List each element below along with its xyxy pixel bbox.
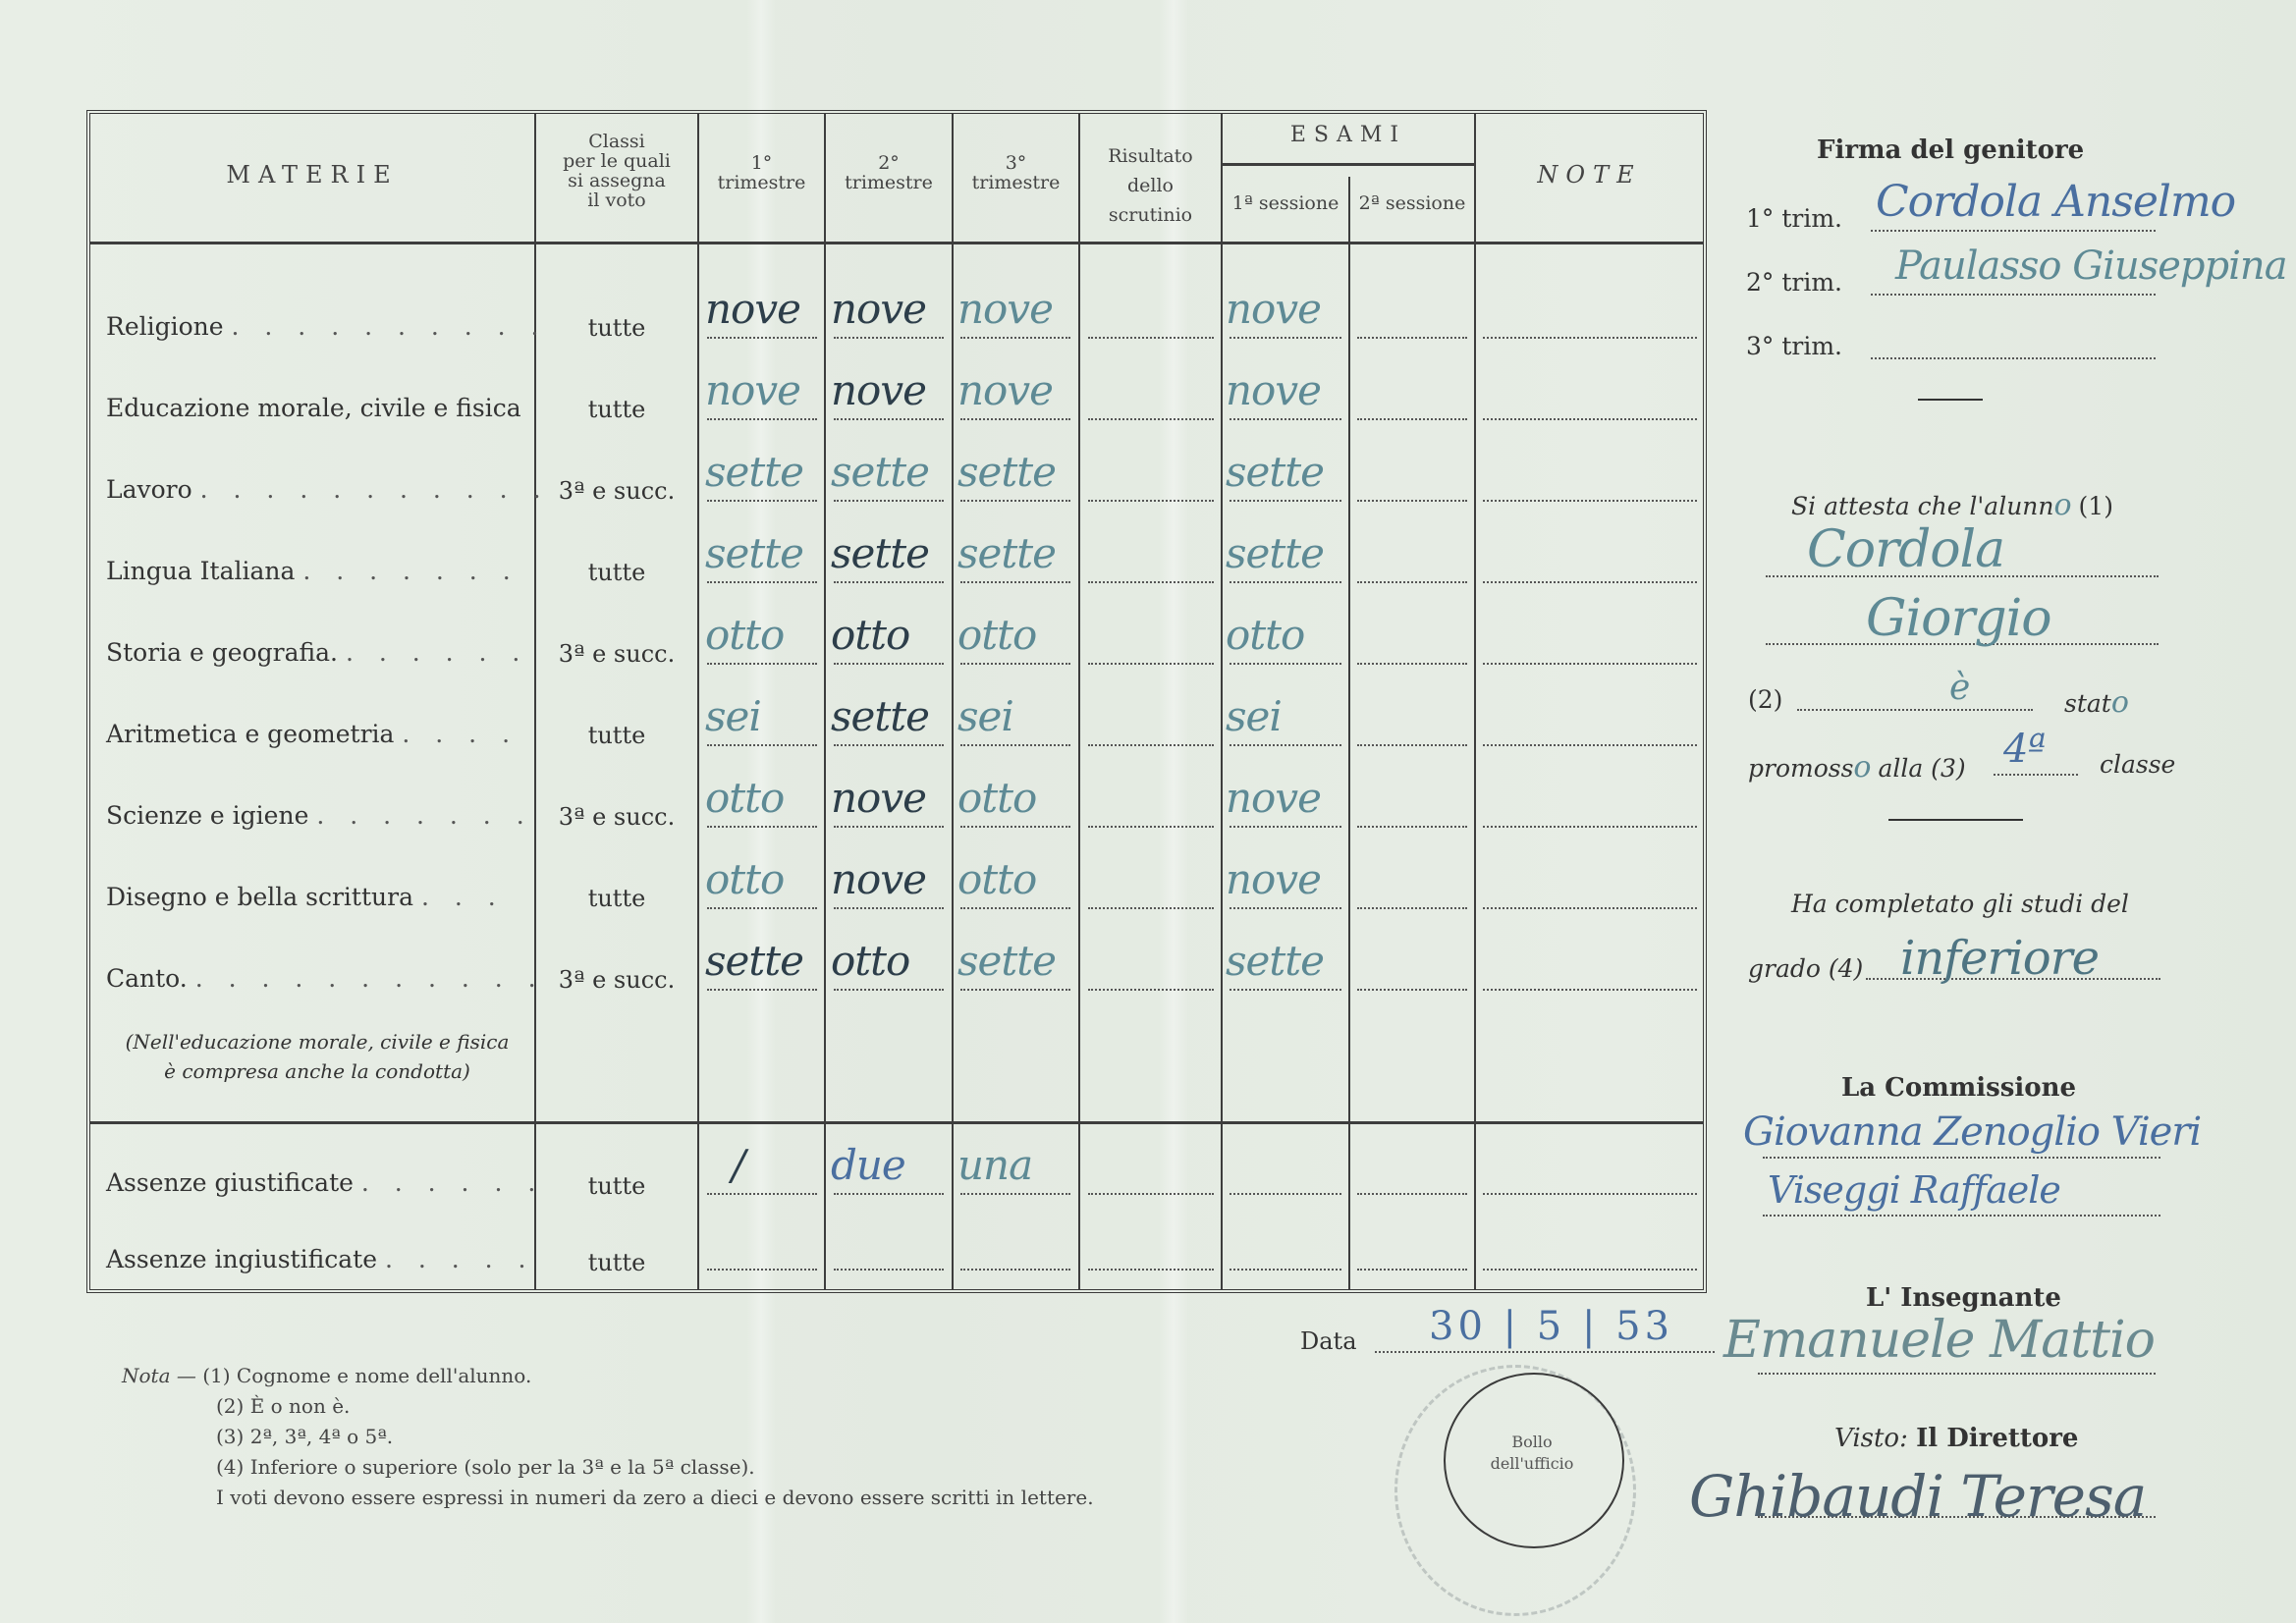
subject-name: Disegno e bella scrittura xyxy=(106,883,413,911)
grade-sessione1: nove xyxy=(1226,366,1321,414)
subject-name: Aritmetica e geometria xyxy=(106,720,394,748)
header-risultato: Risultato dello scrutinio xyxy=(1080,141,1221,230)
grade-trim2: otto xyxy=(831,937,909,985)
condotta-note-line: (Nell'educazione morale, civile e fisica xyxy=(106,1027,528,1056)
visto-text: Visto: xyxy=(1834,1424,1908,1453)
direttore-title: Il Direttore xyxy=(1916,1424,2078,1453)
footnote-item: (4) Inferiore o superiore (solo per la 3… xyxy=(122,1452,1094,1483)
footnote-lead: Nota — xyxy=(122,1364,196,1387)
commissione-signature-2: Viseggi Raffaele xyxy=(1768,1168,2060,1212)
absences-row-label: Assenze ingiustificate . . . . . xyxy=(106,1245,535,1273)
subject-name: Scienze e igiene xyxy=(106,801,308,830)
grade-sessione1: nove xyxy=(1226,285,1321,333)
subject-row-label: Aritmetica e geometria . . . . xyxy=(106,720,519,748)
bollo-label-line: dell'ufficio xyxy=(1444,1453,1620,1475)
classi-value: 3ª e succ. xyxy=(538,640,695,668)
insegnante-signature: Emanuele Mattio xyxy=(1723,1311,2155,1370)
grade-trim3: otto xyxy=(957,855,1036,903)
header-risultato-line: dello xyxy=(1080,171,1221,200)
condotta-note-line: è compresa anche la condotta) xyxy=(106,1056,528,1086)
signature-line xyxy=(1871,230,2156,232)
header-trim2: 2° trimestre xyxy=(826,153,952,192)
grade-trim2: nove xyxy=(831,366,926,414)
stat-text: stat xyxy=(2064,689,2111,718)
header-trim3-num: 3° xyxy=(954,153,1078,173)
student-name: Giorgio xyxy=(1866,589,2051,648)
col-divider xyxy=(952,114,954,1289)
stat-suffix: o xyxy=(2111,685,2128,720)
classi-value: tutte xyxy=(538,885,695,912)
footnote-item: I voti devono essere espressi in numeri … xyxy=(122,1483,1094,1513)
stat-label: stato xyxy=(2064,685,2128,720)
grade-sessione1: sette xyxy=(1226,937,1324,985)
firma-genitore-title: Firma del genitore xyxy=(1817,135,2084,165)
classe-line xyxy=(1994,774,2078,776)
trim1-label: 1° trim. xyxy=(1746,204,1842,233)
header-classi-line: si assegna xyxy=(536,171,697,190)
parent-signature-trim1: Cordola Anselmo xyxy=(1876,177,2235,227)
header-esami: ESAMI xyxy=(1223,126,1474,145)
leader-dots: . . . . . . . xyxy=(316,801,532,830)
header-classi-line: il voto xyxy=(536,190,697,210)
classi-value: 3ª e succ. xyxy=(538,803,695,831)
footnote-item: (1) Cognome e nome dell'alunno. xyxy=(202,1364,531,1387)
insegnante-title: L' Insegnante xyxy=(1866,1283,2061,1313)
bollo-label-line: Bollo xyxy=(1444,1432,1620,1453)
grade-trim3: otto xyxy=(957,774,1036,822)
footnote-item: (3) 2ª, 3ª, 4ª o 5ª. xyxy=(122,1422,1094,1452)
classi-value: tutte xyxy=(538,559,695,586)
subject-row-label: Canto. . . . . . . . . . . . xyxy=(106,964,545,993)
classi-value: tutte xyxy=(538,1249,695,1276)
header-trim2-num: 2° xyxy=(826,153,952,173)
header-materie: MATERIE xyxy=(90,165,534,185)
grade-trim1: otto xyxy=(705,855,784,903)
header-note: NOTE xyxy=(1476,165,1703,185)
subject-name: Educazione morale, civile e fisica xyxy=(106,394,521,422)
leader-dots: . . . . . . . . . . xyxy=(232,312,548,341)
subject-row-label: Scienze e igiene . . . . . . . xyxy=(106,801,533,830)
subject-name: Lavoro xyxy=(106,475,192,504)
subject-row-label: Storia e geografia. . . . . . . xyxy=(106,638,528,667)
bollo-label: Bollo dell'ufficio xyxy=(1444,1432,1620,1475)
completato-label: Ha completato gli studi del xyxy=(1791,890,2129,918)
leader-dots: . . . . . . . . . . . xyxy=(200,475,550,504)
classi-value: tutte xyxy=(538,722,695,749)
esami-divider xyxy=(1221,163,1474,166)
grade-sessione1: nove xyxy=(1226,855,1321,903)
grade-trim2: nove xyxy=(831,855,926,903)
grade-trim2: sette xyxy=(831,692,929,740)
signature-line xyxy=(1871,294,2156,296)
signature-line xyxy=(1763,1215,2160,1217)
direttore-label: Visto: Il Direttore xyxy=(1834,1424,2078,1453)
header-trim2-label: trimestre xyxy=(826,173,952,192)
report-card-page: MATERIE Classi per le quali si assegna i… xyxy=(0,0,2296,1623)
ref2-label: (2) xyxy=(1748,685,1782,714)
parent-signature-trim2: Paulasso Giuseppina xyxy=(1895,243,2287,289)
leader-dots: . . . . . . . xyxy=(302,557,519,585)
absences-trim1: / xyxy=(732,1141,744,1189)
grade-trim2: sette xyxy=(831,529,929,577)
leader-dots: . . . . . . xyxy=(346,638,528,667)
grade-sessione1: sette xyxy=(1226,448,1324,496)
grade-trim3: nove xyxy=(957,366,1053,414)
grade-trim3: sette xyxy=(957,937,1056,985)
grade-trim3: nove xyxy=(957,285,1053,333)
header-trim3: 3° trimestre xyxy=(954,153,1078,192)
grade-trim3: sette xyxy=(957,529,1056,577)
grado-label: grado (4) xyxy=(1748,954,1863,983)
absence-type: Assenze giustificate xyxy=(106,1168,354,1197)
grade-trim1: sette xyxy=(705,937,803,985)
grade-sessione1: sette xyxy=(1226,529,1324,577)
date-label: Data xyxy=(1300,1327,1357,1355)
date-value: 30 | 5 | 53 xyxy=(1429,1304,1673,1349)
subject-row-label: Lavoro . . . . . . . . . . . xyxy=(106,475,550,504)
header-trim1-num: 1° xyxy=(699,153,824,173)
promoss-text: promoss xyxy=(1748,754,1853,783)
col-divider xyxy=(1221,114,1223,1289)
leader-dots: . . . . . . . . . . . xyxy=(195,964,545,993)
absences-row-label: Assenze giustificate . . . . . . xyxy=(106,1168,544,1197)
leader-dots: . . . . . xyxy=(385,1245,535,1273)
grade-trim1: nove xyxy=(705,366,800,414)
subject-name: Storia e geografia. xyxy=(106,638,338,667)
grade-trim1: nove xyxy=(705,285,800,333)
subject-name: Religione xyxy=(106,312,224,341)
grade-trim3: otto xyxy=(957,611,1036,659)
leader-dots: . . . . . . xyxy=(361,1168,544,1197)
separator-rule xyxy=(1918,399,1983,401)
grade-trim1: sei xyxy=(705,692,761,740)
header-risultato-line: Risultato xyxy=(1080,141,1221,171)
student-surname: Cordola xyxy=(1807,520,2004,579)
date-line xyxy=(1375,1351,1715,1353)
footnotes: Nota — (1) Cognome e nome dell'alunno. (… xyxy=(122,1361,1094,1513)
grade-trim3: sei xyxy=(957,692,1013,740)
trim3-label: 3° trim. xyxy=(1746,332,1842,360)
col-divider xyxy=(1474,114,1476,1289)
classe-label: classe xyxy=(2100,750,2175,779)
e-line xyxy=(1797,709,2033,711)
classi-value: 3ª e succ. xyxy=(538,966,695,994)
footnote-ref: (1) xyxy=(2079,492,2113,520)
attesta-label: Si attesta che l'alunno (1) xyxy=(1791,488,2113,522)
absences-trim2: due xyxy=(831,1141,905,1189)
signature-line xyxy=(1758,1373,2156,1375)
grado-value: inferiore xyxy=(1900,931,2099,986)
header-sessione1: 1ª sessione xyxy=(1223,193,1348,213)
col-divider xyxy=(824,114,826,1289)
col-divider xyxy=(1078,114,1080,1289)
header-classi-line: per le quali xyxy=(536,151,697,171)
classi-value: 3ª e succ. xyxy=(538,477,695,505)
header-divider xyxy=(90,242,1703,244)
leader-dots: . . . . xyxy=(402,720,519,748)
header-sessione2: 2ª sessione xyxy=(1350,193,1474,213)
attesta-suffix: o xyxy=(2054,488,2071,522)
subject-row-label: Religione . . . . . . . . . . xyxy=(106,312,548,341)
absences-divider xyxy=(90,1121,1703,1124)
separator-rule xyxy=(1888,819,2023,821)
signature-line xyxy=(1763,1157,2160,1159)
grade-trim2: otto xyxy=(831,611,909,659)
classi-value: tutte xyxy=(538,1172,695,1200)
condotta-note: (Nell'educazione morale, civile e fisica… xyxy=(106,1027,528,1086)
alla-text: alla (3) xyxy=(1878,754,1965,783)
grade-trim1: sette xyxy=(705,529,803,577)
header-trim3-label: trimestre xyxy=(954,173,1078,192)
grade-trim2: nove xyxy=(831,774,926,822)
subject-row-label: Disegno e bella scrittura . . . xyxy=(106,883,505,911)
subject-name: Canto. xyxy=(106,964,188,993)
direttore-signature: Ghibaudi Teresa xyxy=(1689,1463,2146,1530)
signature-line xyxy=(1871,357,2156,359)
absence-type: Assenze ingiustificate xyxy=(106,1245,377,1273)
subject-row-label: Lingua Italiana . . . . . . . xyxy=(106,557,519,585)
classe-value: 4ª xyxy=(2003,727,2045,772)
header-classi-line: Classi xyxy=(536,132,697,151)
grade-sessione1: otto xyxy=(1226,611,1304,659)
absences-trim3: una xyxy=(957,1141,1032,1189)
promoss-label: promosso alla (3) xyxy=(1748,750,1966,784)
grade-trim1: otto xyxy=(705,774,784,822)
header-risultato-line: scrutinio xyxy=(1080,200,1221,230)
grade-sessione1: nove xyxy=(1226,774,1321,822)
col-divider xyxy=(697,114,699,1289)
commissione-signature-1: Giovanna Zenoglio Vieri xyxy=(1743,1109,2201,1155)
attesta-text: Si attesta che l'alunn xyxy=(1791,492,2054,520)
trim2-label: 2° trim. xyxy=(1746,268,1842,297)
subject-row-label: Educazione morale, civile e fisica xyxy=(106,394,521,422)
header-trim1-label: trimestre xyxy=(699,173,824,192)
classi-value: tutte xyxy=(538,314,695,342)
grade-trim1: sette xyxy=(705,448,803,496)
grade-trim3: sette xyxy=(957,448,1056,496)
col-divider xyxy=(534,114,536,1289)
header-classi: Classi per le quali si assegna il voto xyxy=(536,132,697,210)
leader-dots: . . . xyxy=(421,883,505,911)
commissione-title: La Commissione xyxy=(1841,1073,2076,1103)
subject-name: Lingua Italiana xyxy=(106,557,295,585)
grade-sessione1: sei xyxy=(1226,692,1282,740)
classi-value: tutte xyxy=(538,396,695,423)
header-trim1: 1° trimestre xyxy=(699,153,824,192)
grade-trim2: nove xyxy=(831,285,926,333)
grade-trim2: sette xyxy=(831,448,929,496)
e-value: è xyxy=(1949,668,1969,708)
promoss-suffix: o xyxy=(1853,750,1870,784)
grade-trim1: otto xyxy=(705,611,784,659)
footnote-item: (2) È o non è. xyxy=(122,1391,1094,1422)
